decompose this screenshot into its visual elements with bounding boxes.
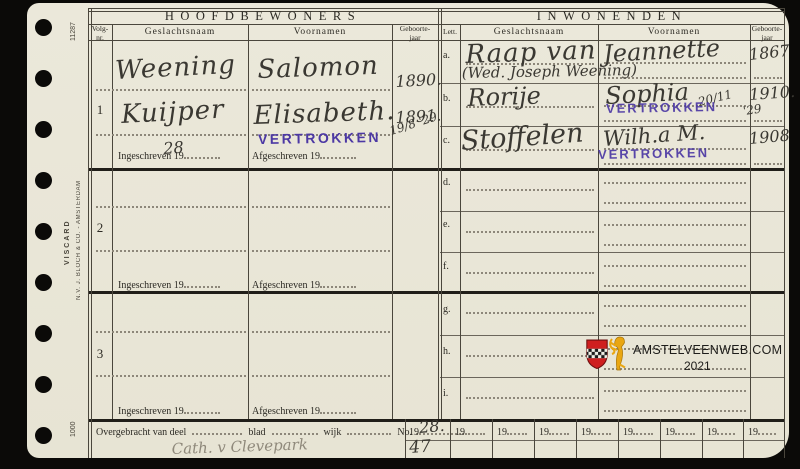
year-prefix: 19 [455, 427, 465, 438]
row-letter-f: f. [443, 261, 449, 272]
footer-cell-line [743, 419, 744, 458]
dotted-guide-line [754, 163, 782, 165]
resident-1-firstname: Salomon [257, 51, 379, 85]
ingeschreven-text: Ingeschreven 19 [118, 280, 184, 291]
grid-line [248, 24, 249, 419]
row-letter-c: c. [443, 135, 450, 146]
col-header-volgnr-line2: nr. [92, 34, 109, 43]
watermark-site-text: AMSTELVEENWEB.COM [633, 343, 782, 357]
dotted-guide-line [604, 224, 746, 226]
year-cell-7: 19 [707, 424, 735, 438]
grid-line [112, 24, 113, 419]
row-letter-b: b. [443, 93, 451, 104]
row-divider [440, 211, 784, 212]
dotted-guide-line [604, 390, 746, 392]
dotted-guide-line [604, 305, 746, 307]
year-cell-6: 19 [665, 424, 695, 438]
ingeschreven-text: Ingeschreven 19 [118, 406, 184, 417]
dotted-blank [465, 424, 485, 435]
dotted-guide-line [604, 325, 746, 327]
footer-cell-line [576, 419, 577, 458]
footer-cell-line [702, 419, 703, 458]
left-section-title: HOOFDBEWONERS [165, 9, 361, 24]
dotted-blank [192, 424, 242, 435]
year-cell-8: 19 [748, 424, 776, 438]
card-serial-top: 11287 [70, 8, 77, 56]
grid-line [784, 8, 785, 458]
footer-cell-line [660, 419, 661, 458]
punch-hole [35, 274, 52, 291]
ingeschreven-value-1: 28 [163, 138, 185, 158]
dotted-guide-line [252, 250, 390, 252]
resident-2-firstname: Elisabeth. [253, 96, 396, 131]
grid-line [750, 24, 751, 419]
watermark-year-text: 2021 [684, 359, 711, 373]
printer-imprint: N.V. J. BLOCH & CO. - AMSTERDAM [76, 150, 82, 330]
row-divider [440, 377, 784, 378]
afgeschreven-text: Afgeschreven 19 [252, 151, 320, 162]
dotted-guide-line [466, 189, 594, 191]
year-prefix: 19 [748, 427, 758, 438]
col-header-surname-right: Geslachtsnaam [494, 27, 565, 37]
dotted-guide-line [252, 206, 390, 208]
lodger-b-surname: Rorije [467, 81, 541, 112]
dotted-blank [184, 403, 220, 414]
dotted-blank [633, 424, 653, 435]
resident-1-birthyear: 1890. [395, 70, 442, 91]
row-letter-d: d. [443, 177, 451, 188]
punch-hole [35, 376, 52, 393]
dotted-guide-line [604, 265, 746, 267]
row-letter-h: h. [443, 346, 451, 357]
grid-line [88, 24, 784, 25]
vertrokken-stamp-b: VERTROKKEN [606, 99, 717, 116]
year-cell-4: 19 [581, 424, 611, 438]
afgeschreven-label-2: Afgeschreven 19 [252, 277, 356, 291]
vertrokken-stamp-main: VERTROKKEN [258, 129, 381, 147]
right-section-title: INWONENDEN [537, 9, 687, 24]
year-prefix: 19 [665, 427, 675, 438]
resident-2-surname: Kuijper [120, 95, 225, 130]
row-letter-e: e. [443, 219, 450, 230]
dotted-guide-line [466, 355, 594, 357]
dotted-blank [320, 403, 356, 414]
year-prefix: 19 [497, 427, 507, 438]
dotted-guide-line [754, 120, 782, 122]
punch-hole [35, 19, 52, 36]
dotted-guide-line [604, 285, 746, 287]
dotted-guide-line [96, 250, 246, 252]
year-prefix: 19 [707, 427, 717, 438]
resident-1-surname: Weening [114, 50, 236, 86]
dotted-guide-line [466, 312, 594, 314]
dotted-blank [591, 424, 611, 435]
transfer-wijk-label: wijk [324, 427, 342, 438]
dotted-guide-line [754, 77, 782, 79]
afgeschreven-label-3: Afgeschreven 19 [252, 403, 356, 417]
block-number-1: 1 [92, 102, 108, 118]
lodger-c-birthyear: 1908 [748, 126, 790, 148]
dotted-guide-line [96, 375, 246, 377]
col-header-surname-left: Geslachtsnaam [145, 27, 216, 37]
year-prefix: 19 [581, 427, 591, 438]
row-letter-i: i. [443, 388, 448, 399]
dotted-blank [184, 148, 220, 159]
grid-line [405, 440, 784, 441]
dotted-guide-line [466, 397, 594, 399]
card-serial-bottom: 1000 [70, 405, 77, 453]
dotted-blank [347, 424, 391, 435]
year-prefix: 19 [409, 427, 419, 438]
punch-hole [35, 325, 52, 342]
col-header-firstnames-left: Voornamen [294, 27, 347, 37]
afgeschreven-label-1: Afgeschreven 19 [252, 148, 356, 162]
year-prefix: 19 [539, 427, 549, 438]
house-number-value: 47 [409, 437, 432, 458]
row-divider [440, 252, 784, 253]
dotted-guide-line [604, 202, 746, 204]
dotted-guide-line [96, 134, 246, 136]
col-header-lett: Lett. [443, 28, 457, 37]
scanned-register-card-page: 11287 VISCARD N.V. J. BLOCH & CO. - AMST… [0, 0, 800, 469]
row-letter-a: a. [443, 50, 450, 61]
dotted-blank [758, 424, 776, 435]
punch-hole [35, 223, 52, 240]
row-letter-g: g. [443, 304, 451, 315]
dotted-blank [320, 148, 356, 159]
dotted-guide-line [96, 89, 246, 91]
ingeschreven-label-2: Ingeschreven 19 [118, 277, 220, 291]
footer-cell-line [492, 419, 493, 458]
dotted-blank [717, 424, 735, 435]
dotted-blank [507, 424, 527, 435]
dotted-guide-line [466, 231, 594, 233]
vertrokken-stamp-c: VERTROKKEN [598, 145, 709, 162]
transfer-year-value: 28. [418, 416, 445, 437]
punch-hole [35, 172, 52, 189]
dotted-guide-line [604, 410, 746, 412]
dotted-blank [184, 277, 220, 288]
year-prefix: 19 [623, 427, 633, 438]
block-divider [88, 291, 784, 294]
amstelveen-crest-icon [585, 339, 609, 369]
dotted-guide-line [96, 206, 246, 208]
footer-cell-line [534, 419, 535, 458]
footer-cell-line [618, 419, 619, 458]
printer-brand: VISCARD [64, 195, 71, 290]
dotted-guide-line [96, 331, 246, 333]
grid-line [392, 24, 393, 419]
col-header-birthyear-left-line2: jaar [400, 34, 430, 43]
punch-hole [35, 70, 52, 87]
section-divider [441, 8, 442, 419]
year-cell-3: 19 [539, 424, 569, 438]
punch-hole [35, 427, 52, 444]
afgeschreven-text: Afgeschreven 19 [252, 406, 320, 417]
dotted-blank [549, 424, 569, 435]
dotted-guide-line [604, 244, 746, 246]
grid-line [460, 24, 461, 419]
dotted-guide-line [252, 89, 390, 91]
dotted-guide-line [604, 163, 746, 165]
lion-rampant-icon [607, 334, 631, 372]
afgeschreven-text: Afgeschreven 19 [252, 280, 320, 291]
departure-year-b: '29 [742, 102, 762, 118]
block-number-3: 3 [92, 346, 108, 362]
year-cell-2: 19 [497, 424, 527, 438]
ingeschreven-label-3: Ingeschreven 19 [118, 403, 220, 417]
dotted-guide-line [252, 331, 390, 333]
dotted-guide-line [466, 272, 594, 274]
year-cell-5: 19 [623, 424, 653, 438]
dotted-blank [675, 424, 695, 435]
transfer-deel-label: Overgebracht van deel [96, 427, 186, 438]
punch-hole [35, 121, 52, 138]
grid-line [88, 8, 89, 458]
block-divider [88, 168, 784, 171]
lodger-b-birthyear: 1910. [749, 82, 796, 104]
dotted-guide-line [252, 375, 390, 377]
dotted-blank [272, 424, 318, 435]
block-number-2: 2 [92, 220, 108, 236]
year-cell-1: 19 [455, 424, 485, 438]
dotted-guide-line [604, 182, 746, 184]
dotted-blank [320, 277, 356, 288]
